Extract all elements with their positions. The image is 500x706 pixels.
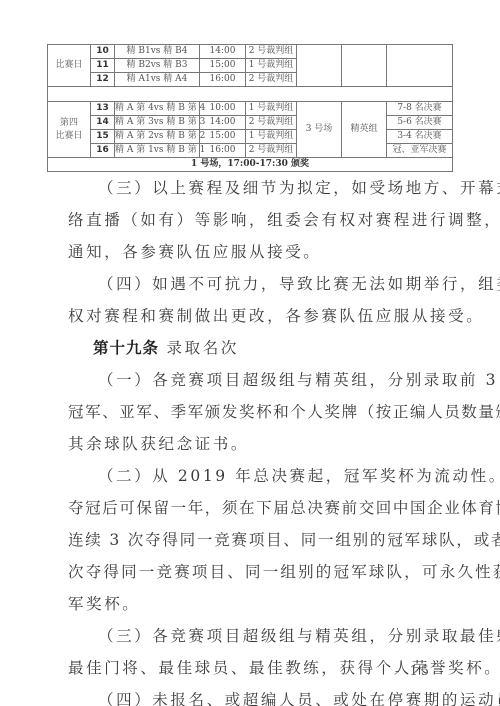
page-number: - 15 - [395, 664, 447, 679]
paragraph-line: 通知，各参赛队伍应服从接受。 [68, 240, 420, 262]
match-number: 15 [91, 130, 115, 144]
referee-group: 2 号裁判组 [246, 45, 297, 59]
match-number: 14 [91, 116, 115, 130]
table-row: 14 精 A 第 3vs 精 B 第 3 14:00 2 号裁判组 5-6 名决… [48, 116, 453, 130]
match-number: 13 [91, 102, 115, 116]
referee-group: 2 号裁判组 [246, 73, 297, 87]
match-teams: 精 B2vs 精 B3 [115, 59, 200, 73]
paragraph-line: 络直播（如有）等影响，组委会有权对赛程进行调整，并另行 [68, 208, 420, 230]
paragraph-line: （一）各竞赛项目超级组与精英组，分别录取前 3 名。为 [98, 368, 450, 390]
table-footer-row: 1 号场，17:00-17:30 颁奖 [48, 158, 453, 172]
note-cell: 7-8 名决赛 [387, 102, 453, 116]
paragraph-line: 军奖杯。 [68, 592, 420, 614]
match-teams: 精 A 第 3vs 精 B 第 3 [115, 116, 200, 130]
match-time: 14:00 [200, 116, 246, 130]
article-subtitle: 录取名次 [167, 339, 239, 357]
note-cell: 5-6 名决赛 [387, 116, 453, 130]
table-row: 比赛日 10 精 B1vs 精 B4 14:00 2 号裁判组 [48, 45, 453, 59]
paragraph-line: 夺冠后可保留一年，须在下届总决赛前交回中国企业体育协会。 [68, 496, 420, 518]
match-teams: 精 A 第 2vs 精 B 第 2 [115, 130, 200, 144]
referee-group: 1 号裁判组 [246, 102, 297, 116]
paragraph-line: （三）以上赛程及细节为拟定，如受场地方、开幕式、网 [98, 176, 450, 198]
match-number: 10 [91, 45, 115, 59]
paragraph-line: 最佳门将、最佳球员、最佳教练，获得个人荣誉奖杯。 [68, 656, 420, 678]
table-row: 16 精 A 第 1vs 精 B 第 1 16:00 2 号裁判组 冠、亚军决赛 [48, 144, 453, 158]
table-row: 第四 比赛日 13 精 A 第 4vs 精 B 第 4 10:00 1 号裁判组… [48, 102, 453, 116]
article-number: 第十九条 [93, 339, 159, 357]
paragraph-line: 权对赛程和赛制做出更改，各参赛队伍应服从接受。 [68, 304, 420, 326]
division-cell [342, 45, 387, 87]
paragraph-line: 其余球队获纪念证书。 [68, 432, 420, 454]
match-teams: 精 B1vs 精 B4 [115, 45, 200, 59]
match-teams: 精 A1vs 精 A4 [115, 73, 200, 87]
day-label-line2: 比赛日 [55, 131, 82, 141]
match-time: 16:00 [200, 144, 246, 158]
match-time: 16:00 [200, 73, 246, 87]
paragraph-line: 连续 3 次夺得同一竞赛项目、同一组别的冠军球队，或者累计 5 [68, 528, 420, 550]
match-time: 10:00 [200, 102, 246, 116]
paragraph-line: 冠军、亚军、季军颁发奖杯和个人奖牌（按正编人员数量颁发）; [68, 400, 420, 422]
paragraph-line: （四）如遇不可抗力，导致比赛无法如期举行，组委会有 [98, 272, 450, 294]
paragraph-line: （二）从 2019 年总决赛起，冠军奖杯为流动性。冠军球队 [98, 464, 450, 486]
note-cell: 冠、亚军决赛 [387, 144, 453, 158]
match-teams: 精 A 第 1vs 精 B 第 1 [115, 144, 200, 158]
match-time: 15:00 [200, 130, 246, 144]
referee-group: 1 号裁判组 [246, 130, 297, 144]
referee-group: 2 号裁判组 [246, 116, 297, 130]
schedule-table: 比赛日 10 精 B1vs 精 B4 14:00 2 号裁判组 11 精 B2v… [47, 44, 453, 172]
match-number: 11 [91, 59, 115, 73]
day-label: 比赛日 [48, 45, 91, 87]
paragraph-line: 次夺得同一竞赛项目、同一组别的冠军球队，可永久性获得冠 [68, 560, 420, 582]
article-heading: 第十九条 录取名次 [93, 336, 445, 358]
division-cell: 精英组 [342, 102, 387, 158]
match-number: 16 [91, 144, 115, 158]
day-label-line1: 第四 [60, 118, 78, 128]
paragraph-line: （四）未报名、或超编人员、或处在停赛期的运动员、领 [98, 688, 450, 706]
note-cell [387, 45, 453, 87]
match-number: 12 [91, 73, 115, 87]
table-row: 15 精 A 第 2vs 精 B 第 2 15:00 1 号裁判组 3-4 名决… [48, 130, 453, 144]
day-label: 第四 比赛日 [48, 102, 91, 158]
match-time: 14:00 [200, 45, 246, 59]
spacer-row [48, 87, 453, 102]
venue-cell [297, 45, 342, 87]
match-time: 15:00 [200, 59, 246, 73]
paragraph-line: （三）各竞赛项目超级组与精英组，分别录取最佳射手、 [98, 624, 450, 646]
match-teams: 精 A 第 4vs 精 B 第 4 [115, 102, 200, 116]
venue-cell: 3 号场 [297, 102, 342, 158]
referee-group: 1 号裁判组 [246, 59, 297, 73]
note-cell: 3-4 名决赛 [387, 130, 453, 144]
award-ceremony-note: 1 号场，17:00-17:30 颁奖 [48, 158, 453, 172]
referee-group: 2 号裁判组 [246, 144, 297, 158]
